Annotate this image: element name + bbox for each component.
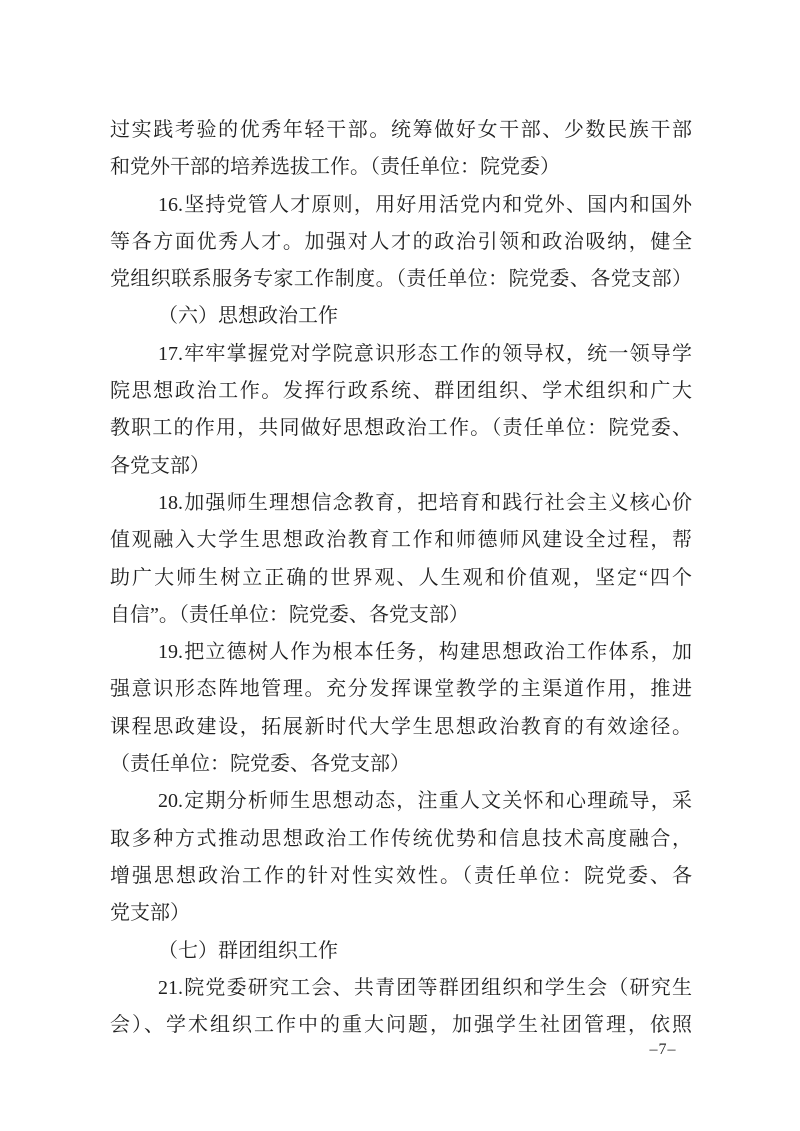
text-line: 18.加强师生理想信念教育，把培育和践行社会主义核心价: [110, 485, 692, 522]
page-number: –7–: [640, 1042, 686, 1058]
document-body: 过实践考验的优秀年轻干部。统筹做好女干部、少数民族干部 和党外干部的培养选拔工作…: [110, 112, 692, 1044]
text-line: 教职工的作用，共同做好思想政治工作。（责任单位：院党委、: [110, 410, 692, 447]
text-line: 党支部）: [110, 895, 692, 932]
text-line: 各党支部）: [110, 448, 692, 485]
document-page: 过实践考验的优秀年轻干部。统筹做好女干部、少数民族干部 和党外干部的培养选拔工作…: [0, 0, 800, 1131]
text-line: 助广大师生树立正确的世界观、人生观和价值观，坚定“四个: [110, 560, 692, 597]
text-line: 取多种方式推动思想政治工作传统优势和信息技术高度融合，: [110, 821, 692, 858]
text-line: 强意识形态阵地管理。充分发挥课堂教学的主渠道作用，推进: [110, 671, 692, 708]
text-line: 和党外干部的培养选拔工作。（责任单位：院党委）: [110, 149, 692, 186]
section-header: （七）群团组织工作: [110, 933, 692, 970]
text-line: 16.坚持党管人才原则，用好用活党内和党外、国内和国外: [110, 187, 692, 224]
text-line: 过实践考验的优秀年轻干部。统筹做好女干部、少数民族干部: [110, 112, 692, 149]
text-line: 院思想政治工作。发挥行政系统、群团组织、学术组织和广大: [110, 373, 692, 410]
text-line: 自信”。（责任单位：院党委、各党支部）: [110, 597, 692, 634]
text-line: 19.把立德树人作为根本任务，构建思想政治工作体系，加: [110, 634, 692, 671]
text-line: 20.定期分析师生思想动态，注重人文关怀和心理疏导，采: [110, 783, 692, 820]
text-line: （责任单位：院党委、各党支部）: [110, 746, 692, 783]
section-header: （六）思想政治工作: [110, 298, 692, 335]
text-line: 增强思想政治工作的针对性实效性。（责任单位：院党委、各: [110, 858, 692, 895]
text-line: 21.院党委研究工会、共青团等群团组织和学生会（研究生: [110, 970, 692, 1007]
text-line: 党组织联系服务专家工作制度。（责任单位：院党委、各党支部）: [110, 261, 692, 298]
text-line: 会）、学术组织工作中的重大问题，加强学生社团管理，依照: [110, 1007, 692, 1044]
text-line: 值观融入大学生思想政治教育工作和师德师风建设全过程，帮: [110, 522, 692, 559]
text-line: 课程思政建设，拓展新时代大学生思想政治教育的有效途径。: [110, 709, 692, 746]
text-line: 17.牢牢掌握党对学院意识形态工作的领导权，统一领导学: [110, 336, 692, 373]
text-line: 等各方面优秀人才。加强对人才的政治引领和政治吸纳，健全: [110, 224, 692, 261]
